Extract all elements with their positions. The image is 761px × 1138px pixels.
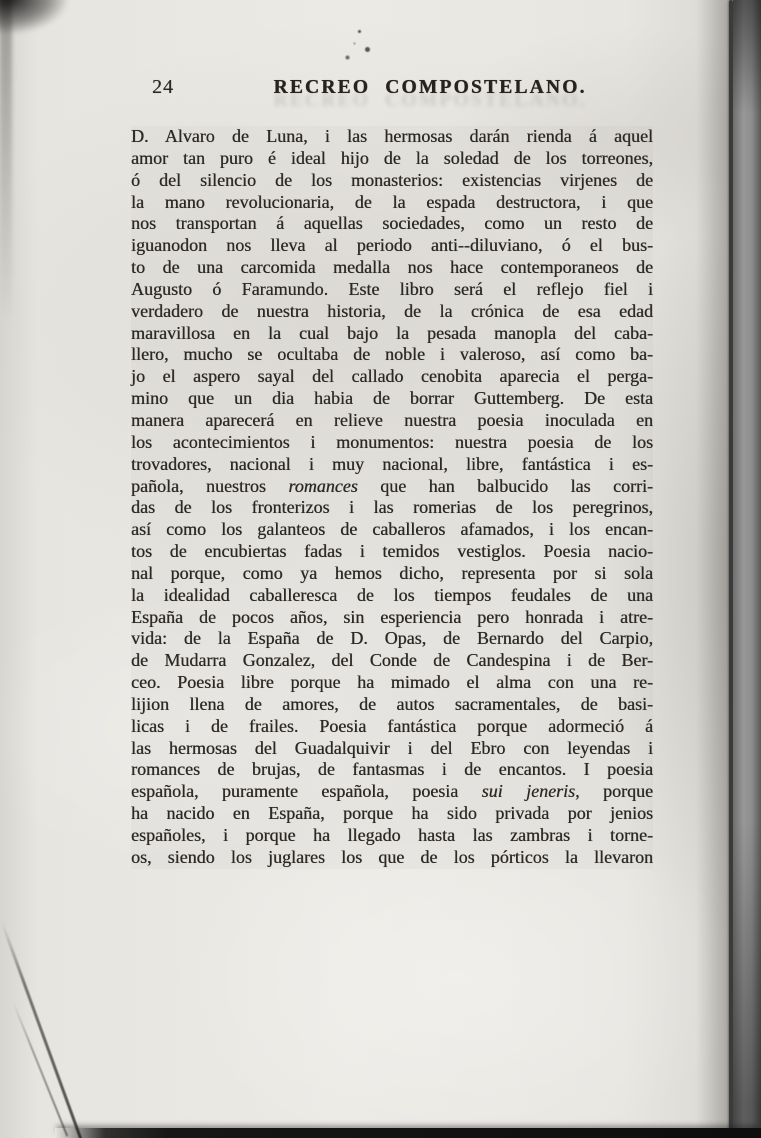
text-line: tos de encubiertas fadas i temidos vesti… bbox=[131, 541, 653, 563]
text-line: trovadores, nacional i muy nacional, lib… bbox=[131, 454, 653, 476]
page-number: 24 bbox=[152, 76, 174, 99]
text-line: así como los galanteos de caballeros afa… bbox=[131, 519, 653, 541]
text-line: lijion llena de amores, de autos sacrame… bbox=[131, 694, 653, 716]
book-edge-band bbox=[733, 0, 761, 1138]
text-line: nal porque, como ya hemos dicho, represe… bbox=[131, 563, 653, 585]
text-line: vida: de la España de D. Opas, de Bernar… bbox=[131, 628, 653, 650]
page-curvature-shadow bbox=[696, 0, 730, 1138]
text-line: la mano revolucionaria, de la espada des… bbox=[131, 192, 653, 214]
running-title: RECREO COMPOSTELANO. bbox=[273, 77, 586, 99]
text-line: de Mudarra Gonzalez, del Conde de Candes… bbox=[131, 650, 653, 672]
corner-smudge bbox=[0, 0, 68, 34]
text-line: nos transportan á aquellas sociedades, c… bbox=[131, 213, 653, 235]
text-line: das de los fronterizos i las romerias de… bbox=[131, 497, 653, 519]
text-line: española, puramente española, poesia sui… bbox=[131, 781, 653, 803]
body-text: D. Alvaro de Luna, i las hermosas darán … bbox=[131, 126, 653, 869]
scanned-book-page: RECREO COMPOSTELANO. 24 RECREO COMPOSTEL… bbox=[0, 0, 761, 1138]
text-line: amor tan puro é ideal hijo de la soledad… bbox=[131, 148, 653, 170]
text-line: ceo. Poesia libre porque ha mimado el al… bbox=[131, 672, 653, 694]
text-line: los acontecimientos i monumentos: nuestr… bbox=[131, 432, 653, 454]
text-line: to de una carcomida medalla nos hace con… bbox=[131, 257, 653, 279]
text-line: jo el aspero sayal del callado cenobita … bbox=[131, 366, 653, 388]
text-line: licas i de frailes. Poesia fantástica po… bbox=[131, 716, 653, 738]
text-line: pañola, nuestros romances que han balbuc… bbox=[131, 476, 653, 498]
bottom-edge-shadow bbox=[55, 1128, 761, 1138]
ink-specks bbox=[358, 30, 361, 33]
text-line: verdadero de nuestra historia, de la cró… bbox=[131, 301, 653, 323]
text-line: ha nacido en España, porque ha sido priv… bbox=[131, 803, 653, 825]
text-line: iguanodon nos lleva al periodo anti--dil… bbox=[131, 235, 653, 257]
text-line: maravillosa en la cual bajo la pesada ma… bbox=[131, 323, 653, 345]
text-line: romances de brujas, de fantasmas i de en… bbox=[131, 759, 653, 781]
text-line: manera aparecerá en relieve nuestra poes… bbox=[131, 410, 653, 432]
text-line: las hermosas del Guadalquivir i del Ebro… bbox=[131, 738, 653, 760]
text-line: Augusto ó Faramundo. Este libro será el … bbox=[131, 279, 653, 301]
text-line: D. Alvaro de Luna, i las hermosas darán … bbox=[131, 126, 653, 148]
left-edge-shade bbox=[0, 0, 12, 320]
text-line: llero, mucho se ocultaba de noble i vale… bbox=[131, 344, 653, 366]
text-line: os, siendo los juglares los que de los p… bbox=[131, 847, 653, 869]
text-line: ó del silencio de los monasterios: exist… bbox=[131, 170, 653, 192]
text-line: españoles, i porque ha llegado hasta las… bbox=[131, 825, 653, 847]
text-line: España de pocos años, sin esperiencia pe… bbox=[131, 607, 653, 629]
text-line: la idealidad caballeresca de los tiempos… bbox=[131, 585, 653, 607]
text-line: mino que un dia habia de borrar Guttembe… bbox=[131, 388, 653, 410]
